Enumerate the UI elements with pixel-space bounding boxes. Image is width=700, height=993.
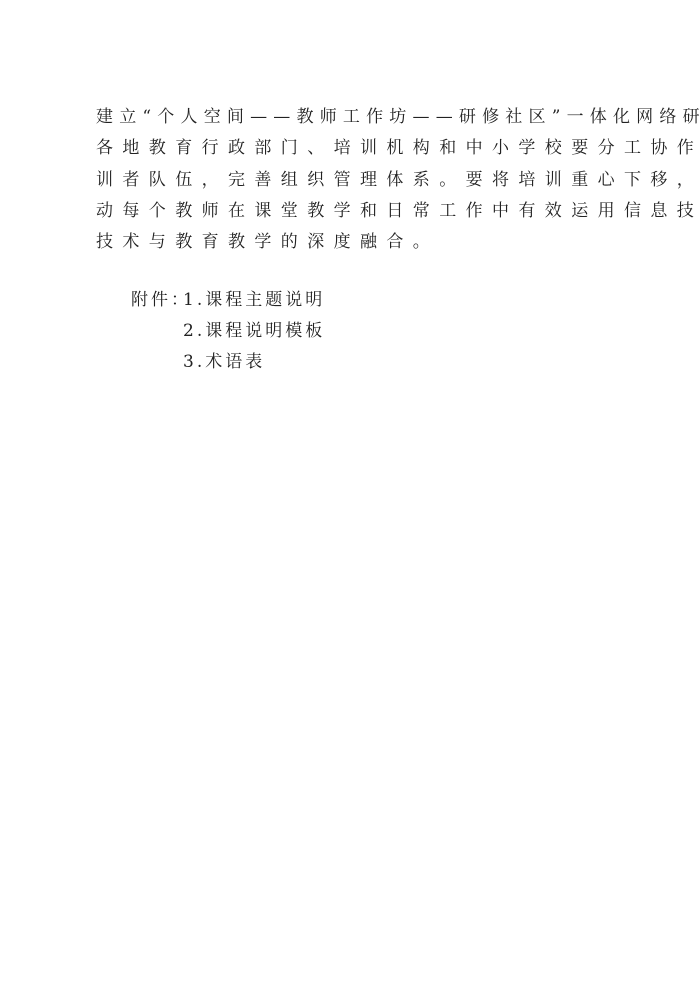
paragraph-line: 动每个教师在课堂教学和日常工作中有效运用信息技术，促进信息 xyxy=(96,201,700,221)
paragraph-line: 建立“个人空间——教师工作坊——研修社区”一体化网络研修体系。 xyxy=(96,107,700,127)
paragraph-line: 训者队伍，完善组织管理体系。要将培训重心下移，以校为本，推 xyxy=(96,170,700,190)
paragraph-line: 各地教育行政部门、培训机构和中小学校要分工协作，分级建立培 xyxy=(96,138,700,158)
paragraph-line: 技术与教育教学的深度融合。 xyxy=(96,232,439,252)
attachment-item-1: 1.课程主题说明 xyxy=(183,290,325,310)
document-page: 建立“个人空间——教师工作坊——研修社区”一体化网络研修体系。 各地教育行政部门… xyxy=(0,0,700,993)
attachment-item-3: 3.术语表 xyxy=(183,352,265,372)
attachments-label: 附件： xyxy=(131,290,191,310)
attachment-item-2: 2.课程说明模板 xyxy=(183,321,325,341)
